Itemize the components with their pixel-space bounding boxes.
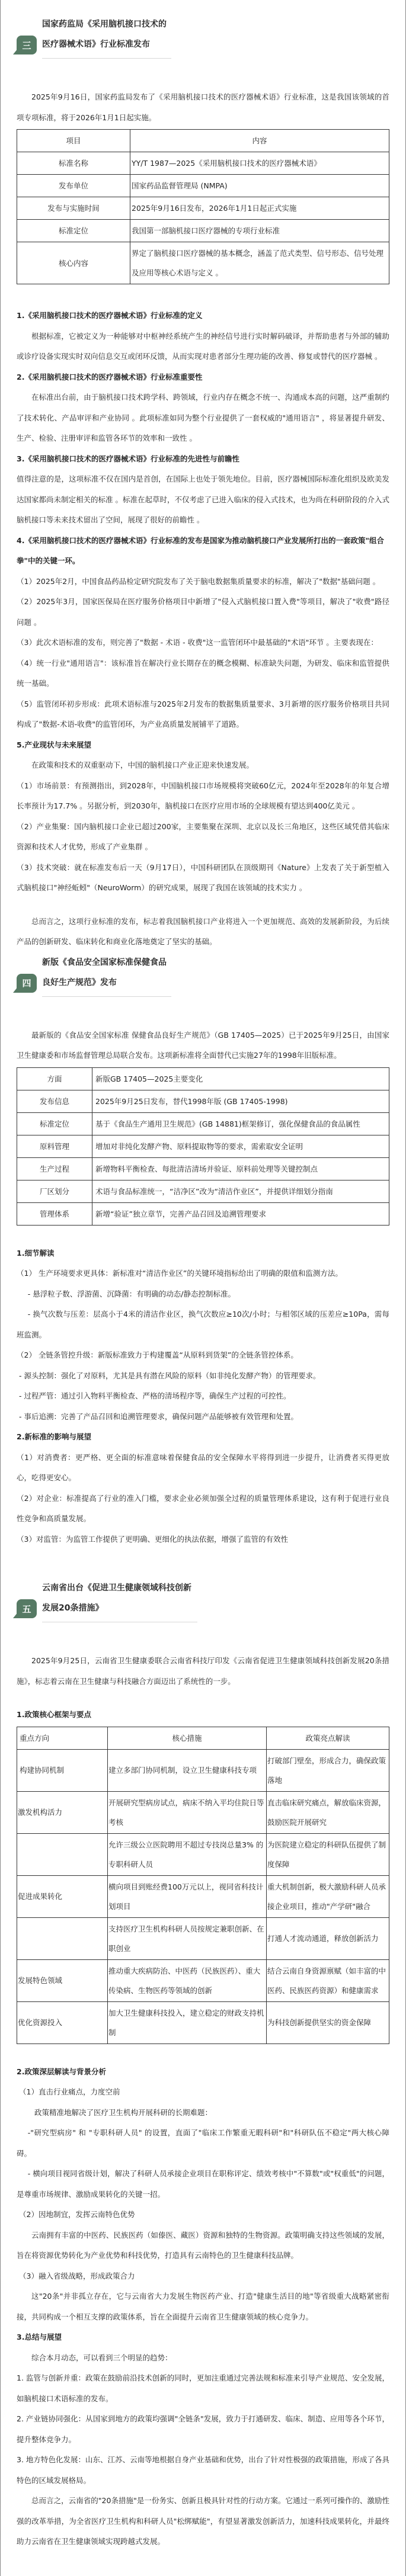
table-cell: YY/T 1987—2025《采用脑机接口技术的医疗器械术语》 — [130, 152, 389, 175]
list-item: （1）对消费者：更严格、更全面的标准意味着保健食品的安全保障水平将得到进一步提升… — [17, 1448, 389, 1489]
badge-numeral: 五 — [22, 1603, 31, 1615]
paragraph: 根据标准，它被定义为一种能够对中枢神经系统产生的神经信号进行实时解码破译，并帮助… — [17, 326, 389, 367]
table-cell: 核心内容 — [17, 242, 130, 284]
table-cell: 国家药品监督管理局 (NMPA) — [130, 175, 389, 197]
list-item: 2. 产业链协同强化：从国家到地方的政策均强调"全链条"发展，致力于打通研发、临… — [17, 2409, 389, 2450]
list-item: （1）市场前景：有预测指出，到2028年，中国脑机接口市场规模将突破60亿元，2… — [17, 776, 389, 817]
table-cell: 增加对非纯化发酵产物、原料提取物等的要求，需索取安全证明 — [92, 1135, 389, 1157]
table-cell: 新增“验证”独立章节，完善产品召回及追溯管理要求 — [92, 1202, 389, 1225]
section-number-badge: 三 — [17, 36, 37, 54]
section-header-3: 三 国家药监局《采用脑机接口技术的 医疗器械术语》行业标准发布 — [17, 14, 389, 59]
table-cell: 推动重大疾病防治、中医药（民族医药）、重大传染病、生物医药等领域的创新 — [108, 1959, 267, 2001]
paragraph: 云南拥有丰富的中医药、民族医药（如傣医、藏医）资源和独特的生物资源。政策明确支持… — [17, 2225, 389, 2266]
section-header-4: 四 新版《食品安全国家标准保健食品 良好生产规范》发布 — [17, 952, 389, 997]
intro-paragraph: 2025年9月25日，云南省卫生健康委联合云南省科技厅印发《云南省促进卫生健康领… — [17, 1651, 389, 1692]
table-row: 支持医疗卫生机构科研人员按规定兼职创新、在职创业打通人才流动通道，释放创新活力 — [17, 1917, 389, 1959]
list-item: （5）监管闭环初步形成：此项术语标准与2025年2月发布的数据集质量要求、3月新… — [17, 694, 389, 735]
list-item: （2）产业集聚：国内脑机接口企业已超过200家，主要集聚在深圳、北京以及长三角地… — [17, 817, 389, 858]
table-row: 核心内容界定了脑机接口医疗器械的基本概念，涵盖了范式类型、信号形态、信号处理及应… — [17, 242, 389, 284]
section-title: 国家药监局《采用脑机接口技术的 医疗器械术语》行业标准发布 — [42, 14, 171, 59]
list-item: - 换气次数与压差：层高小于4米的清洁作业区，换气次数应≥10次/小时；与相邻区… — [17, 1304, 389, 1345]
table-cell: 界定了脑机接口医疗器械的基本概念，涵盖了范式类型、信号形态、信号处理及应用等核心… — [130, 242, 389, 284]
section-header-5: 五 云南省出台《促进卫生健康领域科技创新 发展20条措施》 — [17, 1578, 389, 1622]
table-header-cell: 项目 — [17, 130, 130, 152]
table-row: 构建协同机制 建立多部门协同机制，设立卫生健康科技专项 打破部门壁垒，形成合力，… — [17, 1749, 389, 1791]
sub-subheading: （3）融入省级战略，形成政策合力 — [17, 2266, 389, 2287]
list-item: - 源头控制：强化了对原料，尤其是具有潜在风险的原料（如非纯化发酵产物）的管理要… — [17, 1366, 389, 1387]
list-item: （2）2025年3月，国家医保局在医疗服务价格项目中新增了"侵入式脑机接口置入费… — [17, 592, 389, 633]
table-cell: 基于《食品生产通用卫生规范》(GB 14881)框架修订，强化保健食品的食品属性 — [92, 1112, 389, 1135]
table-cell: 加大卫生健康科技投入，建立稳定的财政支持机制 — [108, 2001, 267, 2044]
table-row: 管理体系新增“验证”独立章节，完善产品召回及追溯管理要求 — [17, 1202, 389, 1225]
standard-info-table: 项目 内容 标准名称YY/T 1987—2025《采用脑机接口技术的医疗器械术语… — [17, 129, 389, 284]
badge-numeral: 四 — [22, 977, 31, 989]
table-row: 厂区划分术语与食品标准统一，“洁净区”改为“清洁作业区”，并提供详细划分指南 — [17, 1180, 389, 1202]
table-cell: 支持医疗卫生机构科研人员按规定兼职创新、在职创业 — [108, 1917, 267, 1959]
gb17405-changes-table: 方面 新版GB 17405—2025主要变化 发布信息2025年9月25日发布，… — [17, 1067, 389, 1226]
table-cell: 管理体系 — [17, 1202, 92, 1225]
subheading: 5.产业现状与未来展望 — [17, 735, 389, 756]
table-row: 标准定位我国第一部脑机接口医疗器械的专项行业标准 — [17, 220, 389, 242]
conclusion-paragraph: 总而言之，云南省的"20条措施"是一份务实、创新且极具针对性的行动方案。它通过一… — [17, 2491, 389, 2552]
table-header-row: 方面 新版GB 17405—2025主要变化 — [17, 1067, 389, 1090]
table-row: 发展特色领域 推动重大疾病防治、中医药（民族医药）、重大传染病、生物医药等领域的… — [17, 1959, 389, 2001]
intro-paragraph: 最新版的《食品安全国家标准 保健食品良好生产规范》（GB 17405—2025）… — [17, 1025, 389, 1066]
section-title-line: 国家药监局《采用脑机接口技术的 — [42, 14, 171, 34]
table-cell: 厂区划分 — [17, 1180, 92, 1202]
table-header-row: 项目 内容 — [17, 130, 389, 152]
sub-subheading: （2）因地制宜，发挥云南特色优势 — [17, 2205, 389, 2225]
section-title-line: 良好生产规范》发布 — [42, 973, 171, 993]
paragraph: 在标准出台前，由于脑机接口技术跨学科、跨领域，行业内存在概念不统一、沟通成本高的… — [17, 387, 389, 449]
intro-paragraph: 2025年9月16日，国家药监局发布了《采用脑机接口技术的医疗器械术语》行业标准… — [17, 87, 389, 128]
table-cell: 生产过程 — [17, 1157, 92, 1180]
table-cell: 构建协同机制 — [17, 1749, 108, 1791]
table-row: 原料管理增加对非纯化发酵产物、原料提取物等的要求，需索取安全证明 — [17, 1135, 389, 1157]
table-cell: 标准名称 — [17, 152, 130, 175]
subheading: 4.《采用脑机接口技术的医疗器械术语》行业标准的发布是国家为推动脑机接口产业发展… — [17, 531, 389, 572]
list-item: （3）对监管：为监管工作提供了更明确、更细化的执法依据，增强了监管的有效性 — [17, 1529, 389, 1550]
table-cell — [17, 1833, 108, 1875]
conclusion-paragraph: 总而言之，这项行业标准的发布，标志着我国脑机接口产业将进入一个更加规范、高效的发… — [17, 912, 389, 952]
table-cell: 发展特色领域 — [17, 1959, 108, 2001]
section-title-line: 发展20条措施》 — [42, 1598, 197, 1618]
section-title-line: 云南省出台《促进卫生健康领域科技创新 — [42, 1578, 197, 1598]
table-row: 发布单位国家药品监督管理局 (NMPA) — [17, 175, 389, 197]
list-item: （1）2025年2月，中国食品药品检定研究院发布了关于脑电数据集质量要求的标准，… — [17, 572, 389, 592]
list-item: （2） 全链条管控升级：新版标准致力于构建覆盖“从原料到货架”的全链条管控体系。 — [17, 1345, 389, 1366]
table-cell: 标准定位 — [17, 1112, 92, 1135]
table-cell: 激发机构活力 — [17, 1791, 108, 1833]
table-row: 允许三级公立医院聘用不超过专技岗总量3% 的专职科研人员为医院建立稳定的科研队伍… — [17, 1833, 389, 1875]
table-header-row: 重点方向 核心措施 政策亮点解读 — [17, 1727, 389, 1749]
table-row: 标准定位基于《食品生产通用卫生规范》(GB 14881)框架修订，强化保健食品的… — [17, 1112, 389, 1135]
table-cell — [17, 1917, 108, 1959]
table-cell: 建立多部门协同机制，设立卫生健康科技专项 — [108, 1749, 267, 1791]
policy-framework-table: 重点方向 核心措施 政策亮点解读 构建协同机制 建立多部门协同机制，设立卫生健康… — [17, 1727, 389, 2044]
list-item: （1） 生产环境要求更具体：新标准对“清洁作业区”的关键环境指标给出了明确的限值… — [17, 1263, 389, 1284]
table-cell: 优化资源投入 — [17, 2001, 108, 2044]
table-row: 激发机构活力开展研究型病房试点，病床不纳入平均住院日等考核直击临床研究痛点，解放… — [17, 1791, 389, 1833]
table-row: 生产过程新增物料平衡检查、每批清洁清场并验证、原料前处理等关键控制点 — [17, 1157, 389, 1180]
table-row: 发布与实施时间2025年9月16日发布，2026年1月1日起正式实施 — [17, 197, 389, 220]
table-cell: 2025年9月16日发布，2026年1月1日起正式实施 — [130, 197, 389, 220]
table-cell: 直击临床研究痛点，解放临床资源，鼓励医院开展研究 — [267, 1791, 389, 1833]
table-cell: 原料管理 — [17, 1135, 92, 1157]
table-cell: 为科技创新提供坚实的资金保障 — [267, 2001, 389, 2044]
paragraph: 综合本月动态，可以看到三个明显的趋势： — [17, 2348, 389, 2369]
table-header-cell: 重点方向 — [17, 1727, 108, 1749]
list-item: 3. 地方特色化发展：山东、江苏、云南等地根据自身产业基础和优势，出台了针对性极… — [17, 2450, 389, 2491]
table-row: 标准名称YY/T 1987—2025《采用脑机接口技术的医疗器械术语》 — [17, 152, 389, 175]
table-cell: 术语与食品标准统一，“洁净区”改为“清洁作业区”，并提供详细划分指南 — [92, 1180, 389, 1202]
table-cell: 开展研究型病房试点，病床不纳入平均住院日等考核 — [108, 1791, 267, 1833]
table-cell: 促进成果转化 — [17, 1875, 108, 1917]
list-item: - 横向项目视同省级计划，解决了科研人员承接企业项目在职称评定、绩效考核中"不算… — [17, 2164, 389, 2205]
section-title: 新版《食品安全国家标准保健食品 良好生产规范》发布 — [42, 952, 171, 997]
table-cell: 2025年9月25日发布，替代1998年版 (GB 17405-1998) — [92, 1090, 389, 1112]
list-item: 1. 监管与创新并重：政策在鼓励前沿技术创新的同时，更加注重通过完善法规和标准来… — [17, 2368, 389, 2409]
table-row: 发布信息2025年9月25日发布，替代1998年版 (GB 17405-1998… — [17, 1090, 389, 1112]
list-item: （4）统一行业"通用语言"：该标准旨在解决行业长期存在的概念模糊、标准缺失问题，… — [17, 653, 389, 694]
table-header-cell: 核心措施 — [108, 1727, 267, 1749]
table-header-cell: 新版GB 17405—2025主要变化 — [92, 1067, 389, 1090]
table-cell: 为医院建立稳定的科研队伍提供了制度保障 — [267, 1833, 389, 1875]
table-cell: 新增物料平衡检查、每批清洁清场并验证、原料前处理等关键控制点 — [92, 1157, 389, 1180]
subheading: 2.《采用脑机接口技术的医疗器械术语》行业标准重要性 — [17, 367, 389, 388]
table-cell: 发布与实施时间 — [17, 197, 130, 220]
table-cell: 发布信息 — [17, 1090, 92, 1112]
paragraph: 这"20条"并非孤立存在，它与云南省大力发展生物医药产业、打造"健康生活目的地"… — [17, 2286, 389, 2327]
section-number-badge: 五 — [17, 1599, 37, 1618]
list-item: - 悬浮粒子数、浮游菌、沉降菌：有明确的动态/静态控制标准。 — [17, 1284, 389, 1305]
subheading: 1.《采用脑机接口技术的医疗器械术语》行业标准的定义 — [17, 306, 389, 326]
table-row: 促进成果转化横向项目到账经费100万元以上，视同省科技计划项目重大机制创新，极大… — [17, 1875, 389, 1917]
list-item: -"研究型病房" 和 "专职科研人员" 的设置，直面了"临床工作繁重无暇科研"和… — [17, 2123, 389, 2164]
article-page: 三 国家药监局《采用脑机接口技术的 医疗器械术语》行业标准发布 2025年9月1… — [0, 0, 406, 2576]
section-number-badge: 四 — [17, 974, 37, 993]
section-title: 云南省出台《促进卫生健康领域科技创新 发展20条措施》 — [42, 1578, 197, 1622]
table-cell: 打通人才流动通道，释放创新活力 — [267, 1917, 389, 1959]
list-item: （3）此次术语标准的发布，则完善了"数据 - 术语 - 收费"这一监管闭环中最基… — [17, 633, 389, 653]
table-cell: 结合云南自身资源禀赋（如丰富的中医药、民族医药资源）和健康需求 — [267, 1959, 389, 2001]
subheading: 2.政策深层解读与背景分析 — [17, 2062, 389, 2083]
paragraph: 政策精准地解决了医疗卫生机构开展科研的长期难题： — [17, 2103, 389, 2123]
subheading: 1.政策核心框架与要点 — [17, 1705, 389, 1725]
table-header-cell: 方面 — [17, 1067, 92, 1090]
subheading: 2.新标准的影响与展望 — [17, 1427, 389, 1448]
table-header-cell: 内容 — [130, 130, 389, 152]
table-cell: 我国第一部脑机接口医疗器械的专项行业标准 — [130, 220, 389, 242]
table-cell: 标准定位 — [17, 220, 130, 242]
badge-numeral: 三 — [22, 39, 31, 52]
list-item: - 事后追溯：完善了产品召回和追溯管理要求，确保问题产品能够被有效管理和处置。 — [17, 1407, 389, 1427]
subheading: 1.细节解读 — [17, 1243, 389, 1264]
table-cell: 打破部门壁垒，形成合力，确保政策落地 — [267, 1749, 389, 1791]
paragraph: 值得注意的是，这项标准不仅在国内是首创，在国际上也处于领先地位。目前，医疗器械国… — [17, 469, 389, 531]
section-title-line: 医疗器械术语》行业标准发布 — [42, 34, 171, 54]
subheading: 3.《采用脑机接口技术的医疗器械术语》行业标准的先进性与前瞻性 — [17, 449, 389, 470]
table-cell: 横向项目到账经费100万元以上，视同省科技计划项目 — [108, 1875, 267, 1917]
subheading: 3.总结与展望 — [17, 2327, 389, 2348]
table-header-cell: 政策亮点解读 — [267, 1727, 389, 1749]
paragraph: 在政策和技术的双重驱动下，中国的脑机接口产业正迎来快速发展。 — [17, 755, 389, 776]
table-row: 优化资源投入 加大卫生健康科技投入，建立稳定的财政支持机制为科技创新提供坚实的资… — [17, 2001, 389, 2044]
table-cell: 发布单位 — [17, 175, 130, 197]
table-cell: 重大机制创新，极大激励科研人员承接企业项目，推动"产学研"融合 — [267, 1875, 389, 1917]
list-item: （3）技术突破：就在标准发布后一天（9月17日），中国科研团队在顶级期刊《Nat… — [17, 858, 389, 899]
section-title-line: 新版《食品安全国家标准保健食品 — [42, 952, 171, 973]
table-cell: 允许三级公立医院聘用不超过专技岗总量3% 的专职科研人员 — [108, 1833, 267, 1875]
list-item: （2）对企业：标准提高了行业的准入门槛，要求企业必须加强全过程的质量管理体系建设… — [17, 1489, 389, 1529]
list-item: - 过程严管：通过引入物料平衡检查、严格的清场程序等，确保生产过程的可控性。 — [17, 1386, 389, 1407]
sub-subheading: （1）直击行业痛点，力度空前 — [17, 2082, 389, 2103]
